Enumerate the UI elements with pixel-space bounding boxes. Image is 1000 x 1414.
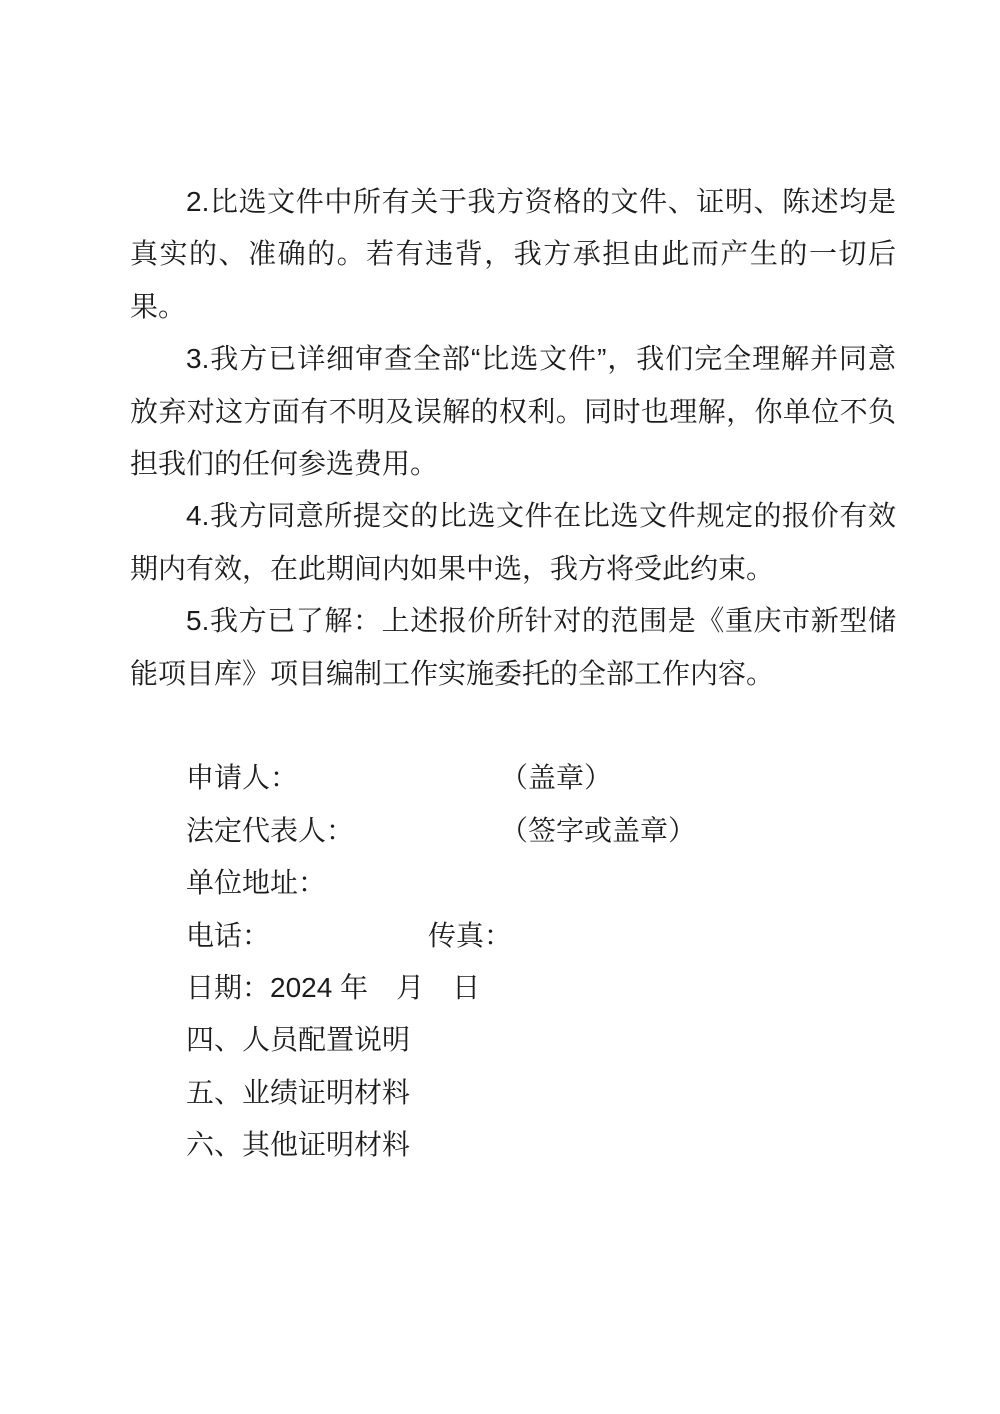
section-heading-6: 六、其他证明材料 (130, 1119, 896, 1171)
section-heading-5: 五、业绩证明材料 (130, 1067, 896, 1119)
section-heading-4: 四、人员配置说明 (130, 1014, 896, 1066)
legal-representative-row: 法定代表人： （签字或盖章） (130, 805, 896, 857)
date-line: 日期：2024 年 月 日 (186, 972, 480, 1003)
applicant-row: 申请人： （盖章） (130, 752, 896, 804)
company-address-row: 单位地址： (130, 857, 896, 909)
legal-representative-sign-note: （签字或盖章） (500, 805, 696, 857)
clause-5-paragraph: 5.我方已了解：上述报价所针对的范围是《重庆市新型储能项目库》项目编制工作实施委… (130, 595, 896, 700)
clause-4-paragraph: 4.我方同意所提交的比选文件在比选文件规定的报价有效期内有效，在此期间内如果中选… (130, 490, 896, 595)
fax-label: 传真： (428, 910, 512, 962)
applicant-seal-note: （盖章） (500, 752, 612, 804)
legal-representative-label: 法定代表人： (186, 815, 354, 846)
document-page: 2.比选文件中所有关于我方资格的文件、证明、陈述均是真实的、准确的。若有违背，我… (0, 0, 1000, 1414)
section-list: 四、人员配置说明 五、业绩证明材料 六、其他证明材料 (130, 1014, 896, 1171)
applicant-label: 申请人： (186, 762, 298, 793)
company-address-label: 单位地址： (186, 867, 326, 898)
phone-fax-row: 电话： 传真： (130, 910, 896, 962)
phone-label: 电话： (186, 920, 270, 951)
clause-2-paragraph: 2.比选文件中所有关于我方资格的文件、证明、陈述均是真实的、准确的。若有违背，我… (130, 176, 896, 333)
clause-3-paragraph: 3.我方已详细审查全部“比选文件”，我们完全理解并同意放弃对这方面有不明及误解的… (130, 333, 896, 490)
signature-block: 申请人： （盖章） 法定代表人： （签字或盖章） 单位地址： 电话： 传真： 日… (130, 752, 896, 1014)
date-row: 日期：2024 年 月 日 (130, 962, 896, 1014)
